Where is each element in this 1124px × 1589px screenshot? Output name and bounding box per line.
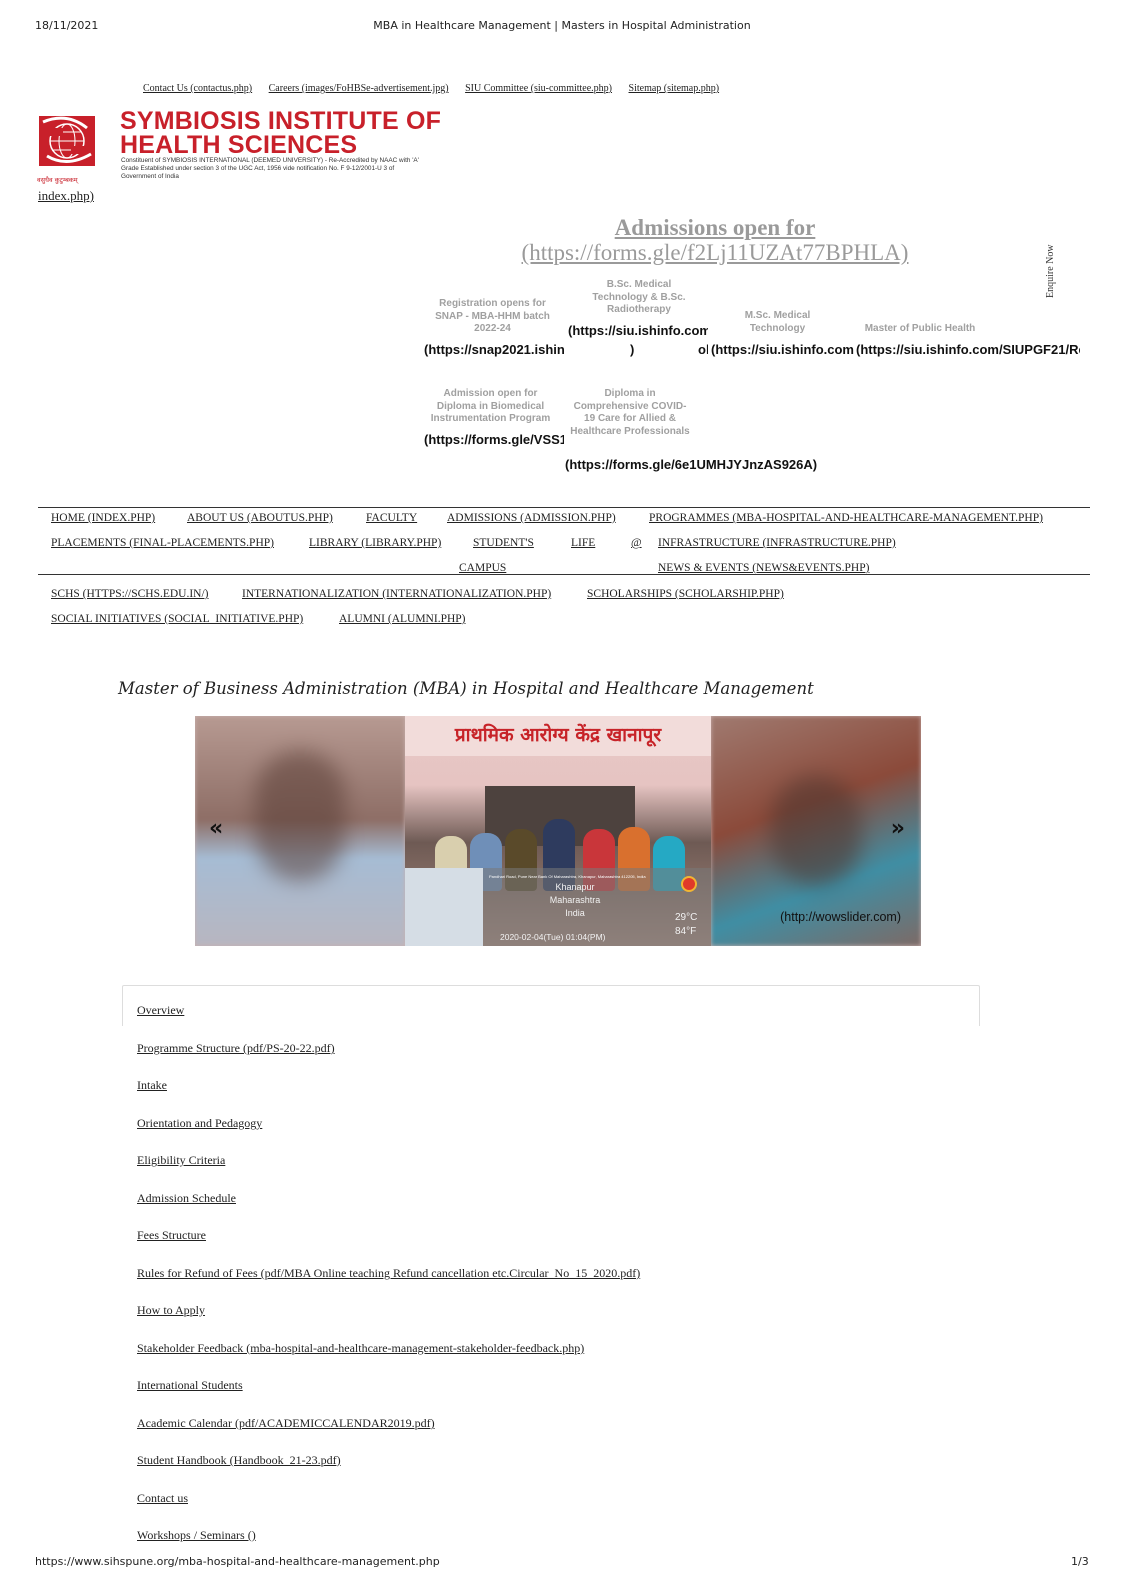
temp-celsius: 29°C <box>675 911 697 925</box>
geo-state: Maharashtra <box>495 894 655 907</box>
sitemap-link[interactable]: Sitemap (sitemap.php) <box>629 83 720 94</box>
card-bsc-caption: B.Sc. Medical Technology & B.Sc. Radioth… <box>580 279 698 317</box>
card-covid-link[interactable]: (https://forms.gle/6e1UMHJYJnzAS926A) <box>565 457 825 472</box>
card-snap-link[interactable]: (https://snap2021.ishinf <box>424 342 564 357</box>
nav-student-life[interactable]: STUDENT'S <box>473 537 534 549</box>
card-msc-link[interactable]: (https://siu.ishinfo.com/ <box>711 342 854 357</box>
card-msc-caption: M.Sc. Medical Technology <box>730 310 825 335</box>
card-mph-link[interactable]: (https://siu.ishinfo.com/SIUPGF21/Re <box>856 342 1080 357</box>
card-bsc-link-clip: ol <box>698 342 708 357</box>
nav-admissions[interactable]: ADMISSIONS (ADMISSION.PHP) <box>447 512 616 524</box>
nav-student-life-2[interactable]: LIFE <box>571 537 595 549</box>
card-snap-caption: Registration opens for SNAP - MBA-HHM ba… <box>430 298 555 336</box>
nav-schs[interactable]: SCHS (HTTPS://SCHS.EDU.IN/) <box>51 588 209 600</box>
brand-subtitle: Constituent of SYMBIOSIS INTERNATIONAL (… <box>121 157 431 181</box>
brand-title: SYMBIOSIS INSTITUTE OF HEALTH SCIENCES <box>120 109 441 157</box>
careers-link[interactable]: Careers (images/FoHBSe-advertisement.jpg… <box>269 83 449 94</box>
tab-student-handbook[interactable]: Student Handbook (Handbook_21-23.pdf) <box>137 1453 341 1468</box>
nav-about[interactable]: ABOUT US (ABOUTUS.PHP) <box>187 512 333 524</box>
image-slider[interactable]: प्राथमिक आरोग्य केंद्र खानापूर Pandhari … <box>195 716 921 946</box>
siu-committee-link[interactable]: SIU Committee (siu-committee.php) <box>465 83 612 94</box>
geo-temperature: 29°C 84°F <box>675 911 697 939</box>
nav-social-initiatives[interactable]: SOCIAL INITIATIVES (SOCIAL_INITIATIVE.PH… <box>51 613 303 625</box>
tab-orientation-pedagogy[interactable]: Orientation and Pedagogy <box>137 1116 262 1131</box>
next-arrow-icon[interactable]: » <box>891 816 905 841</box>
tab-how-to-apply[interactable]: How to Apply <box>137 1303 205 1318</box>
tab-contact-us[interactable]: Contact us <box>137 1491 188 1506</box>
tab-workshops-seminars[interactable]: Workshops / Seminars () <box>137 1528 256 1543</box>
prev-arrow-icon[interactable]: « <box>209 816 223 841</box>
tab-eligibility-criteria[interactable]: Eligibility Criteria <box>137 1153 225 1168</box>
print-page-number: 1/3 <box>1071 1555 1089 1568</box>
card-biomedical-caption: Admission open for Diploma in Biomedical… <box>428 388 553 426</box>
nav-student-life-4[interactable]: CAMPUS <box>459 562 506 574</box>
logo-home-link[interactable]: index.php) <box>38 188 94 204</box>
tab-refund-rules[interactable]: Rules for Refund of Fees (pdf/MBA Online… <box>137 1266 640 1281</box>
geo-address: Pandhari Road, Pune Near Bank Of Maharas… <box>489 874 646 879</box>
nav-divider <box>38 574 1090 575</box>
nav-news-events[interactable]: NEWS & EVENTS (NEWS&EVENTS.PHP) <box>658 562 869 574</box>
card-covid-caption: Diploma in Comprehensive COVID-19 Care f… <box>570 388 690 438</box>
tab-admission-schedule[interactable]: Admission Schedule <box>137 1191 236 1206</box>
geo-city: Khanapur <box>495 881 655 894</box>
print-url: https://www.sihspune.org/mba-hospital-an… <box>35 1555 440 1568</box>
symbiosis-logo-icon[interactable]: वसुधैव कुटुम्बकम् <box>37 114 97 182</box>
tab-overview[interactable]: Overview <box>137 1003 184 1018</box>
slide-current-image: प्राथमिक आरोग्य केंद्र खानापूर Pandhari … <box>405 716 711 946</box>
brand-title-line2: HEALTH SCIENCES <box>120 133 441 157</box>
geo-country: India <box>495 907 655 920</box>
admissions-url[interactable]: (https://forms.gle/f2Lj11UZAt77BPHLA) <box>480 240 950 266</box>
tab-intake[interactable]: Intake <box>137 1078 167 1093</box>
card-biomedical-link[interactable]: (https://forms.gle/VSS1 <box>424 432 564 447</box>
slide-sign-text: प्राथमिक आरोग्य केंद्र खानापूर <box>405 716 711 756</box>
nav-programmes[interactable]: PROGRAMMES (MBA-HOSPITAL-AND-HEALTHCARE-… <box>649 512 1043 524</box>
nav-placements[interactable]: PLACEMENTS (FINAL-PLACEMENTS.PHP) <box>51 537 274 549</box>
tab-stakeholder-feedback[interactable]: Stakeholder Feedback (mba-hospital-and-h… <box>137 1341 584 1356</box>
card-bsc-link[interactable]: (https://siu.ishinfo.com/ <box>568 323 708 338</box>
map-thumbnail <box>405 868 483 946</box>
tab-academic-calendar[interactable]: Academic Calendar (pdf/ACADEMICCALENDAR2… <box>137 1416 435 1431</box>
top-links: Contact Us (contactus.php) Careers (imag… <box>143 83 733 94</box>
contact-us-link[interactable]: Contact Us (contactus.php) <box>143 83 252 94</box>
geo-datetime: 2020-02-04(Tue) 01:04(PM) <box>500 932 606 942</box>
tab-programme-structure[interactable]: Programme Structure (pdf/PS-20-22.pdf) <box>137 1041 335 1056</box>
slide-prev-preview <box>195 716 405 946</box>
card-bsc-link-tail[interactable]: ) <box>630 342 640 357</box>
nav-student-life-3[interactable]: @ <box>631 537 642 549</box>
active-tab-box <box>122 985 980 1026</box>
nav-infrastructure[interactable]: INFRASTRUCTURE (INFRASTRUCTURE.PHP) <box>658 537 896 549</box>
card-mph-caption: Master of Public Health <box>855 323 985 336</box>
wowslider-credit-link[interactable]: (http://wowslider.com) <box>780 910 901 924</box>
brand-title-line1: SYMBIOSIS INSTITUTE OF <box>120 109 441 133</box>
admissions-title[interactable]: Admissions open for <box>500 215 930 241</box>
nav-faculty[interactable]: FACULTY <box>366 512 417 524</box>
tab-fees-structure[interactable]: Fees Structure <box>137 1228 206 1243</box>
enquire-now-button[interactable]: Enquire Now <box>1045 244 1056 298</box>
nav-home[interactable]: HOME (INDEX.PHP) <box>51 512 155 524</box>
sun-icon <box>683 878 695 890</box>
nav-scholarships[interactable]: SCHOLARSHIPS (SCHOLARSHIP.PHP) <box>587 588 784 600</box>
nav-top-border <box>38 507 1090 508</box>
print-title: MBA in Healthcare Management | Masters i… <box>0 19 1124 32</box>
nav-alumni[interactable]: ALUMNI (ALUMNI.PHP) <box>339 613 466 625</box>
nav-internationalization[interactable]: INTERNATIONALIZATION (INTERNATIONALIZATI… <box>242 588 551 600</box>
temp-fahrenheit: 84°F <box>675 925 697 939</box>
nav-library[interactable]: LIBRARY (LIBRARY.PHP) <box>309 537 441 549</box>
geo-location: Khanapur Maharashtra India <box>495 881 655 920</box>
tab-international-students[interactable]: International Students <box>137 1378 243 1393</box>
page-title: Master of Business Administration (MBA) … <box>118 679 814 698</box>
